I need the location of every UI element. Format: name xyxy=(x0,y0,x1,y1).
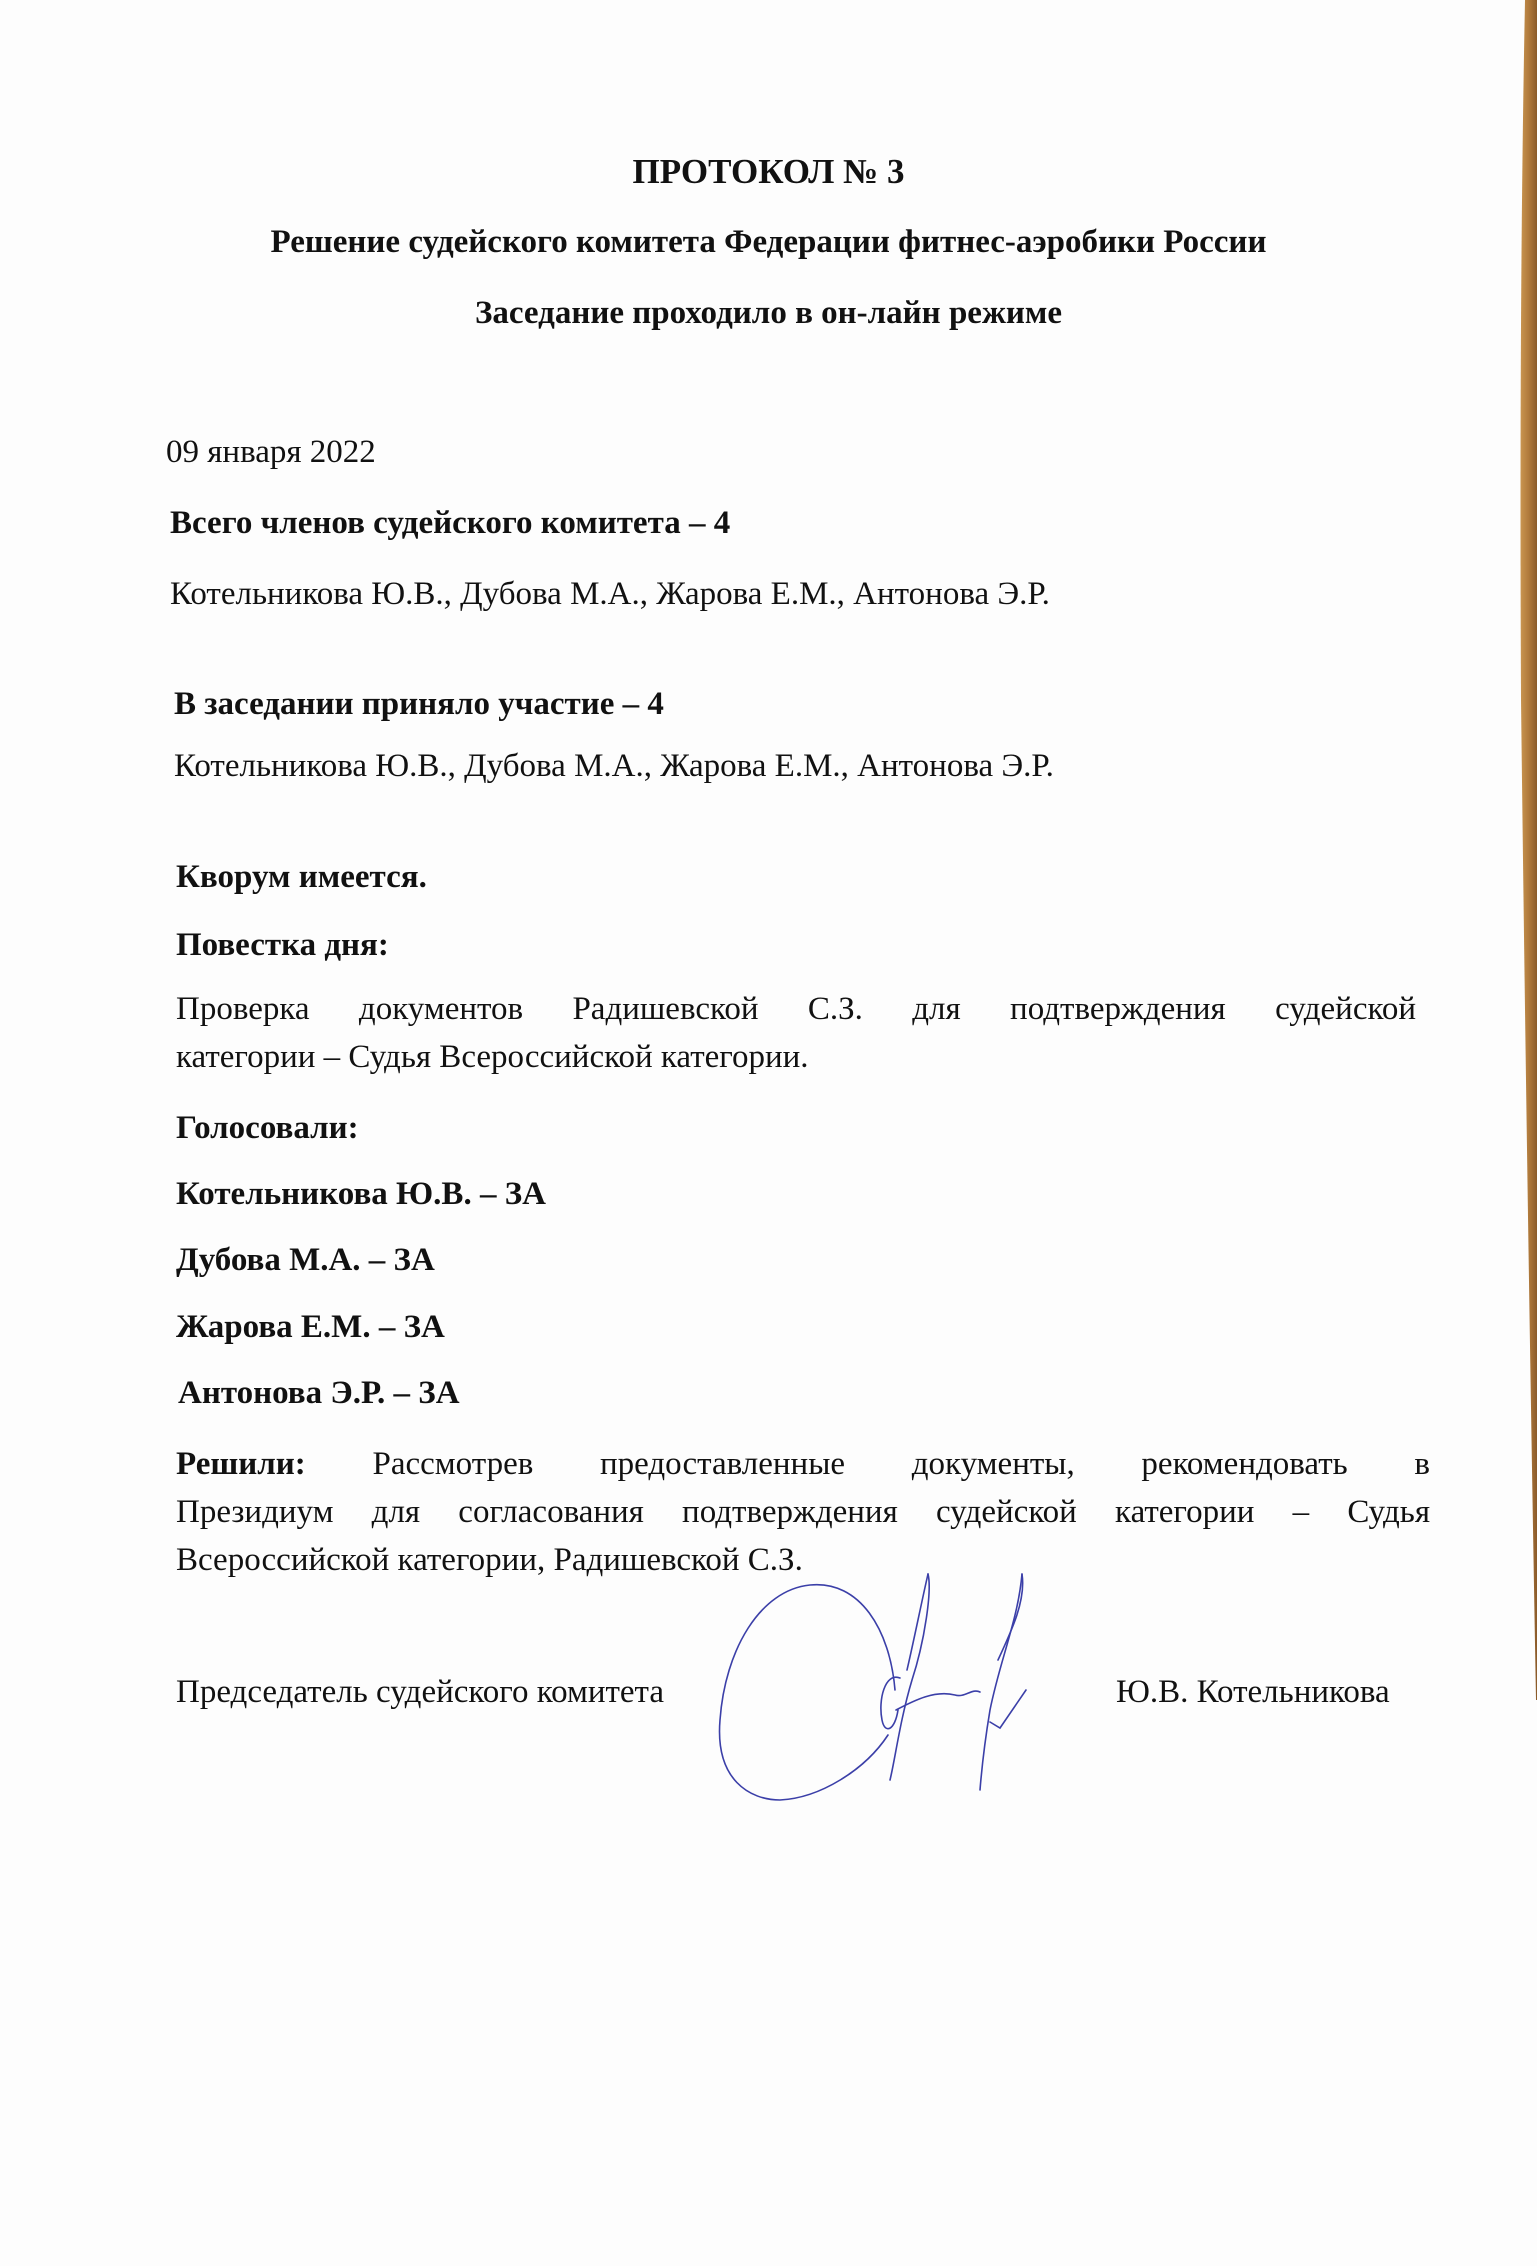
agenda-line: категории – Судья Всероссийской категори… xyxy=(176,1033,1416,1081)
vote-row: Дубова М.А. – ЗА xyxy=(176,1240,435,1280)
meeting-mode: Заседание проходило в он-лайн режиме xyxy=(0,293,1537,333)
decision-line-text: Рассмотрев предоставленные документы, ре… xyxy=(373,1446,1431,1482)
vote-row: Жарова Е.М. – ЗА xyxy=(176,1307,445,1347)
signature-icon xyxy=(700,1560,1040,1820)
decision-label: Решили: xyxy=(176,1446,306,1482)
vote-row: Антонова Э.Р. – ЗА xyxy=(178,1373,460,1413)
total-members-names: Котельникова Ю.В., Дубова М.А., Жарова Е… xyxy=(170,574,1050,614)
decision-line: Президиум для согласования подтверждения… xyxy=(176,1488,1430,1536)
document-page: ПРОТОКОЛ № 3 Решение судейского комитета… xyxy=(0,0,1537,2266)
decision-line: Решили: Рассмотрев предоставленные докум… xyxy=(176,1440,1430,1488)
document-subtitle: Решение судейского комитета Федерации фи… xyxy=(0,222,1537,262)
decision-line: Всероссийской категории, Радишевской С.З… xyxy=(176,1536,1430,1584)
document-title: ПРОТОКОЛ № 3 xyxy=(0,152,1537,192)
agenda-text: Проверка документов Радишевской С.З. для… xyxy=(176,985,1416,1081)
decision-text: Решили: Рассмотрев предоставленные докум… xyxy=(176,1440,1430,1584)
chairman-name: Ю.В. Котельникова xyxy=(1116,1672,1390,1712)
quorum-statement: Кворум имеется. xyxy=(176,857,427,897)
vote-row: Котельникова Ю.В. – ЗА xyxy=(176,1174,546,1214)
agenda-heading: Повестка дня: xyxy=(176,925,389,965)
chairman-position: Председатель судейского комитета xyxy=(176,1672,664,1712)
participants-names: Котельникова Ю.В., Дубова М.А., Жарова Е… xyxy=(174,746,1054,786)
total-members-heading: Всего членов судейского комитета – 4 xyxy=(170,503,730,543)
agenda-line: Проверка документов Радишевской С.З. для… xyxy=(176,985,1416,1033)
participants-heading: В заседании приняло участие – 4 xyxy=(174,684,664,724)
voting-heading: Голосовали: xyxy=(176,1108,359,1148)
meeting-date: 09 января 2022 xyxy=(166,432,376,472)
